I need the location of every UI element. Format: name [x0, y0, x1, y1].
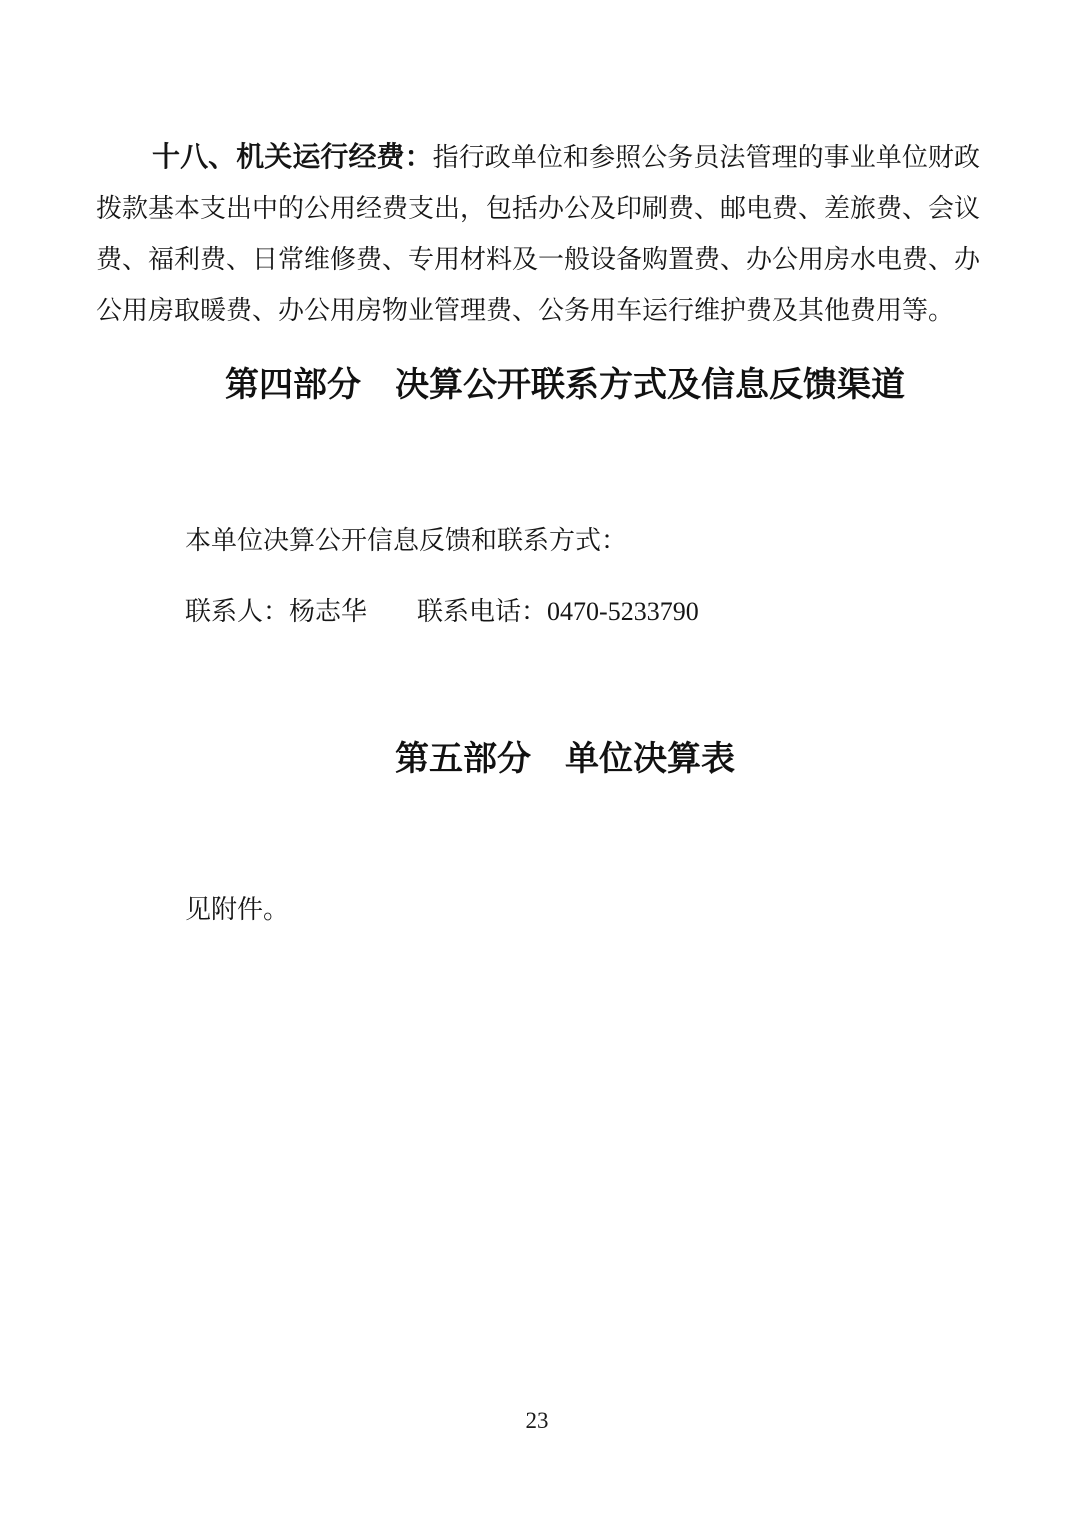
section-5-title: 第五部分 单位决算表 — [0, 740, 1074, 780]
contact-intro-line: 本单位决算公开信息反馈和联系方式： — [185, 524, 627, 558]
contact-phone-number: 0470-5233790 — [547, 597, 699, 626]
document-page: 十八、机关运行经费：指行政单位和参照公务员法管理的事业单位财政拨款基本支出中的公… — [0, 0, 1074, 1520]
page-number: 23 — [0, 1408, 1074, 1434]
paragraph-operating-expenses-lead: 十八、机关运行经费： — [152, 142, 433, 173]
paragraph-operating-expenses: 十八、机关运行经费：指行政单位和参照公务员法管理的事业单位财政拨款基本支出中的公… — [96, 132, 980, 336]
contact-detail-line: 联系人：杨志华联系电话：0470-5233790 — [185, 595, 699, 629]
contact-phone-label: 联系电话： — [417, 597, 547, 626]
attachment-note: 见附件。 — [185, 893, 289, 927]
contact-person-name: 杨志华 — [289, 597, 367, 626]
section-4-title: 第四部分 决算公开联系方式及信息反馈渠道 — [0, 366, 1074, 406]
contact-person-label: 联系人： — [185, 597, 289, 626]
